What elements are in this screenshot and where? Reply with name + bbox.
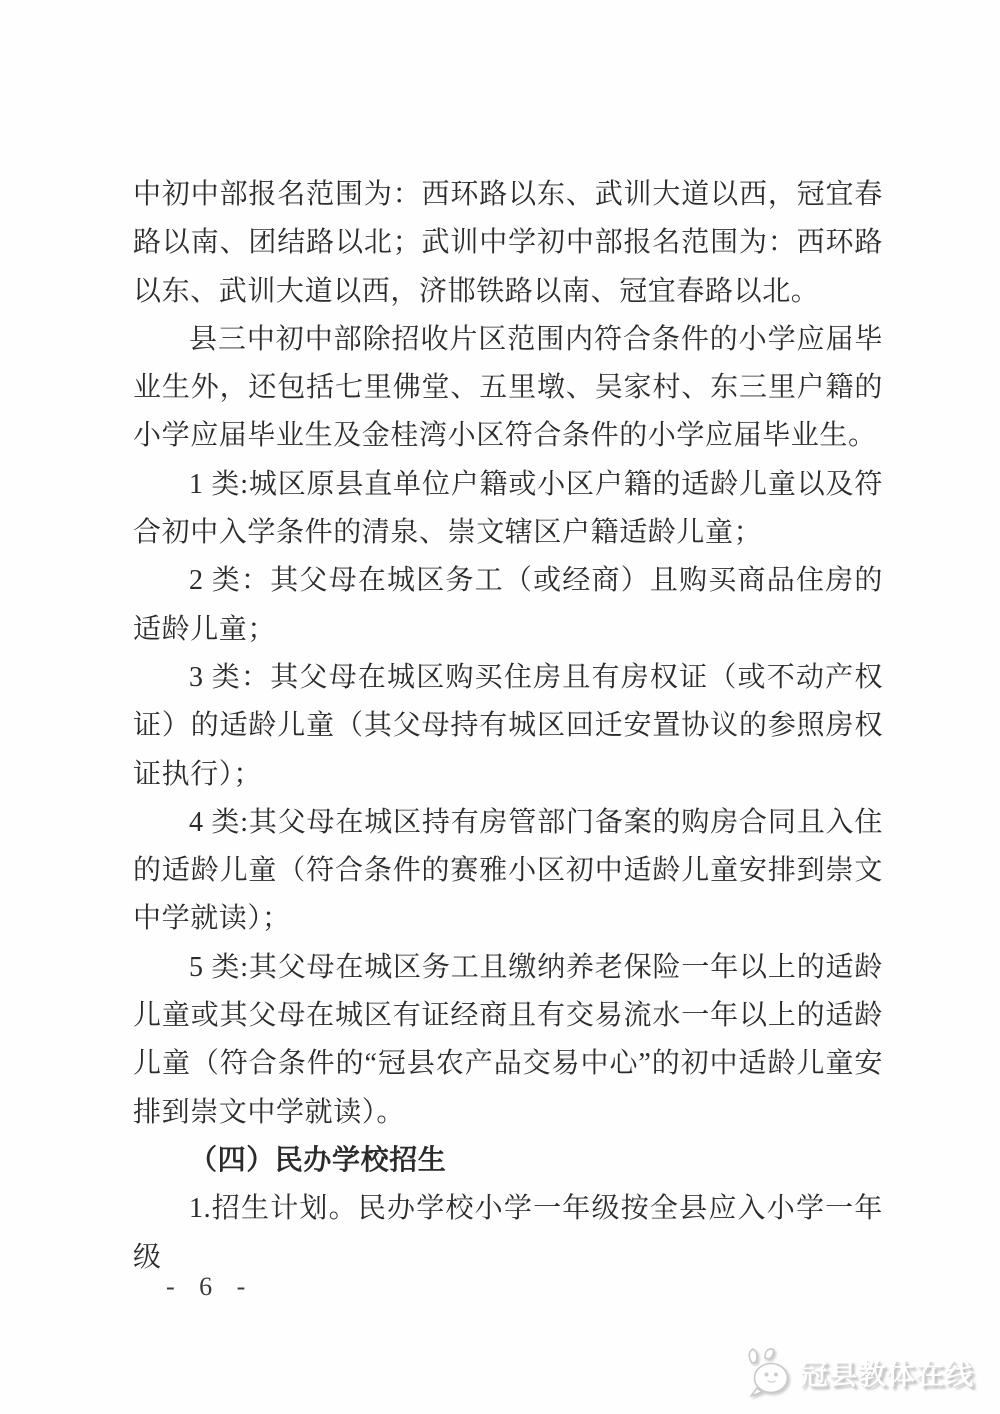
watermark: 冠县教体在线	[744, 1346, 974, 1400]
paragraph: 县三中初中部除招收片区范围内符合条件的小学应届毕业生外，还包括七里佛堂、五里墩、…	[133, 316, 883, 461]
paragraph: 3 类：其父母在城区购买住房且有房权证（或不动产权证）的适龄儿童（其父母持有城区…	[133, 654, 883, 799]
paragraph: 1.招生计划。民办学校小学一年级按全县应入小学一年级	[133, 1185, 883, 1282]
watermark-text: 冠县教体在线	[800, 1353, 974, 1393]
document-page: 中初中部报名范围为：西环路以东、武训大道以西，冠宜春路以南、团结路以北；武训中学…	[0, 0, 1000, 1414]
paragraph: 5 类:其父母在城区务工且缴纳养老保险一年以上的适龄儿童或其父母在城区有证经商且…	[133, 944, 883, 1137]
paragraph: 中初中部报名范围为：西环路以东、武训大道以西，冠宜春路以南、团结路以北；武训中学…	[133, 171, 883, 316]
page-number: - 6 -	[166, 1272, 254, 1302]
section-heading: （四）民办学校招生	[133, 1137, 883, 1185]
document-body: 中初中部报名范围为：西环路以东、武训大道以西，冠宜春路以南、团结路以北；武训中学…	[133, 171, 883, 1282]
paragraph: 1 类:城区原县直单位户籍或小区户籍的适龄儿童以及符合初中入学条件的清泉、崇文辖…	[133, 461, 883, 558]
mascot-chick-icon	[744, 1346, 794, 1400]
paragraph: 4 类:其父母在城区持有房管部门备案的购房合同且入住的适龄儿童（符合条件的赛雅小…	[133, 799, 883, 944]
paragraph: 2 类：其父母在城区务工（或经商）且购买商品住房的适龄儿童；	[133, 557, 883, 654]
